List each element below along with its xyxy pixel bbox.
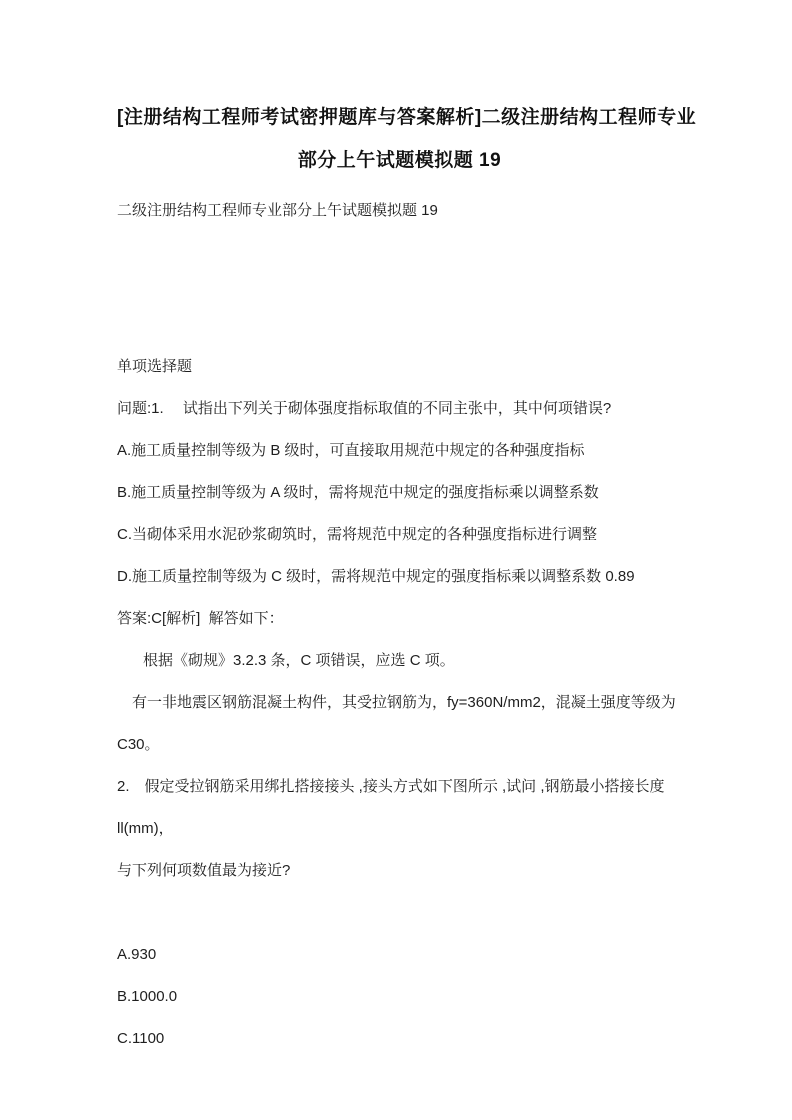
question-1-explanation: 根据《砌规》3.2.3 条，C 项错误，应选 C 项。: [117, 640, 682, 682]
document-title: [注册结构工程师考试密押题库与答案解析]二级注册结构工程师专业 部分上午试题模拟…: [117, 96, 682, 182]
section-heading: 单项选择题: [117, 346, 682, 388]
question-1-option-b: B.施工质量控制等级为 A 级时，需将规范中规定的强度指标乘以调整系数: [117, 472, 682, 514]
title-line-2: 部分上午试题模拟题 19: [117, 139, 682, 182]
title-line-1: [注册结构工程师考试密押题库与答案解析]二级注册结构工程师专业: [117, 96, 682, 139]
question-2-option-c: C.1100: [117, 1018, 682, 1060]
question-1-prompt: 问题:1. 试指出下列关于砌体强度指标取值的不同主张中，其中何项错误?: [117, 388, 682, 430]
question-2-prompt-line-2: 与下列何项数值最为接近?: [117, 850, 682, 892]
question-1-option-d: D.施工质量控制等级为 C 级时，需将规范中规定的强度指标乘以调整系数 0.89: [117, 556, 682, 598]
subtitle: 二级注册结构工程师专业部分上午试题模拟题 19: [117, 190, 682, 232]
question-1-answer: 答案:C[解析] 解答如下：: [117, 598, 682, 640]
question-2-option-a: A.930: [117, 934, 682, 976]
question-1-option-c: C.当砌体采用水泥砂浆砌筑时，需将规范中规定的各种强度指标进行调整: [117, 514, 682, 556]
question-2-option-b: B.1000.0: [117, 976, 682, 1018]
question-2-intro-line-1: 有一非地震区钢筋混凝土构件，其受拉钢筋为，fy=360N/mm2，混凝土强度等级…: [117, 682, 682, 724]
question-2-prompt-line-1: 2. 假定受拉钢筋采用绑扎搭接接头 ,接头方式如下图所示 ,试问 ,钢筋最小搭接…: [117, 766, 682, 850]
question-section: 单项选择题 问题:1. 试指出下列关于砌体强度指标取值的不同主张中，其中何项错误…: [117, 346, 682, 1060]
question-1-option-a: A.施工质量控制等级为 B 级时，可直接取用规范中规定的各种强度指标: [117, 430, 682, 472]
question-2-intro-line-2: C30。: [117, 724, 682, 766]
document-page: [注册结构工程师考试密押题库与答案解析]二级注册结构工程师专业 部分上午试题模拟…: [0, 0, 792, 1120]
